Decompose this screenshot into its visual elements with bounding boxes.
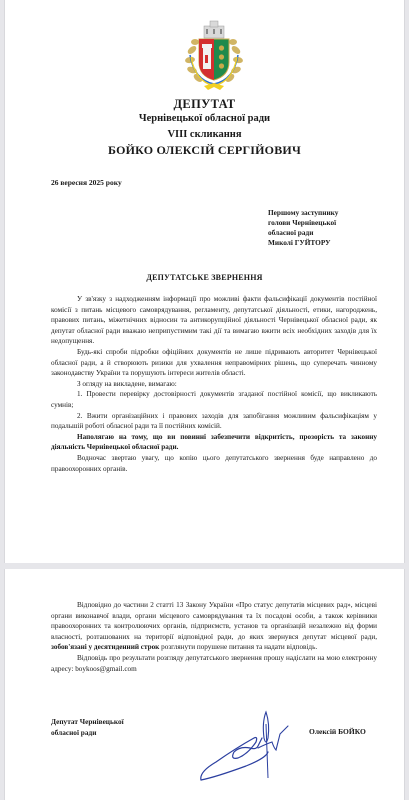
signature-icon — [196, 702, 306, 784]
insistence-paragraph: Наполягаю на тому, що ви повинні забезпе… — [51, 432, 377, 453]
demand-item: 2. Вжити організаційних і правових заход… — [51, 411, 377, 432]
addressee-line: Першому заступнику — [268, 208, 338, 218]
paragraph: У зв'язку з надходженням інформації про … — [51, 294, 377, 347]
reply-request-paragraph: Відповідь про результати розгляду депута… — [51, 653, 377, 674]
signer-title-line: Депутат Чернівецької — [51, 716, 124, 727]
addressee-line: обласної ради — [268, 228, 338, 238]
page2-body: Відповідно до частини 2 статті 13 Закону… — [51, 600, 377, 674]
signer-name: Олексій БОЙКО — [309, 727, 366, 736]
law-paragraph: Відповідно до частини 2 статті 13 Закону… — [51, 600, 377, 653]
signer-title: Депутат Чернівецької обласної ради — [51, 716, 124, 738]
addressee-line: голови Чернівецької — [268, 218, 338, 228]
law-obligation: зобов'язані у десятиденний строк — [51, 643, 159, 651]
appeal-body: У зв'язку з надходженням інформації про … — [51, 294, 377, 474]
demand-item: 1. Провести перевірку достовірності доку… — [51, 389, 377, 410]
paragraph: З огляду на викладене, вимагаю: — [51, 379, 377, 390]
document-page-1: ДЕПУТАТ Чернівецької обласної ради VIII … — [4, 0, 405, 563]
paragraph: Водночас звертаю увагу, що копію цього д… — [51, 453, 377, 474]
law-text: Відповідно до частини 2 статті 13 Закону… — [51, 601, 377, 641]
header-convocation: VIII скликання — [4, 129, 405, 140]
header-title: ДЕПУТАТ — [4, 97, 405, 112]
document-date: 26 вересня 2025 року — [51, 178, 122, 187]
header-deputy-name: БОЙКО ОЛЕКСІЙ СЕРГІЙОВИЧ — [4, 143, 405, 158]
header-council: Чернівецької обласної ради — [4, 113, 405, 124]
document-page-2: Відповідно до частини 2 статті 13 Закону… — [4, 569, 405, 800]
signer-title-line: обласної ради — [51, 727, 124, 738]
paragraph: Будь-які спроби підробки офіційних докум… — [51, 347, 377, 379]
appeal-title: ДЕПУТАТСЬКЕ ЗВЕРНЕННЯ — [4, 273, 405, 282]
coat-of-arms-icon — [184, 20, 244, 92]
law-text-end: розглянути порушене питання та надати ві… — [161, 643, 317, 651]
addressee-line: Миколі ГУЙТОРУ — [268, 238, 338, 248]
addressee-block: Першому заступнику голови Чернівецької о… — [268, 208, 338, 248]
